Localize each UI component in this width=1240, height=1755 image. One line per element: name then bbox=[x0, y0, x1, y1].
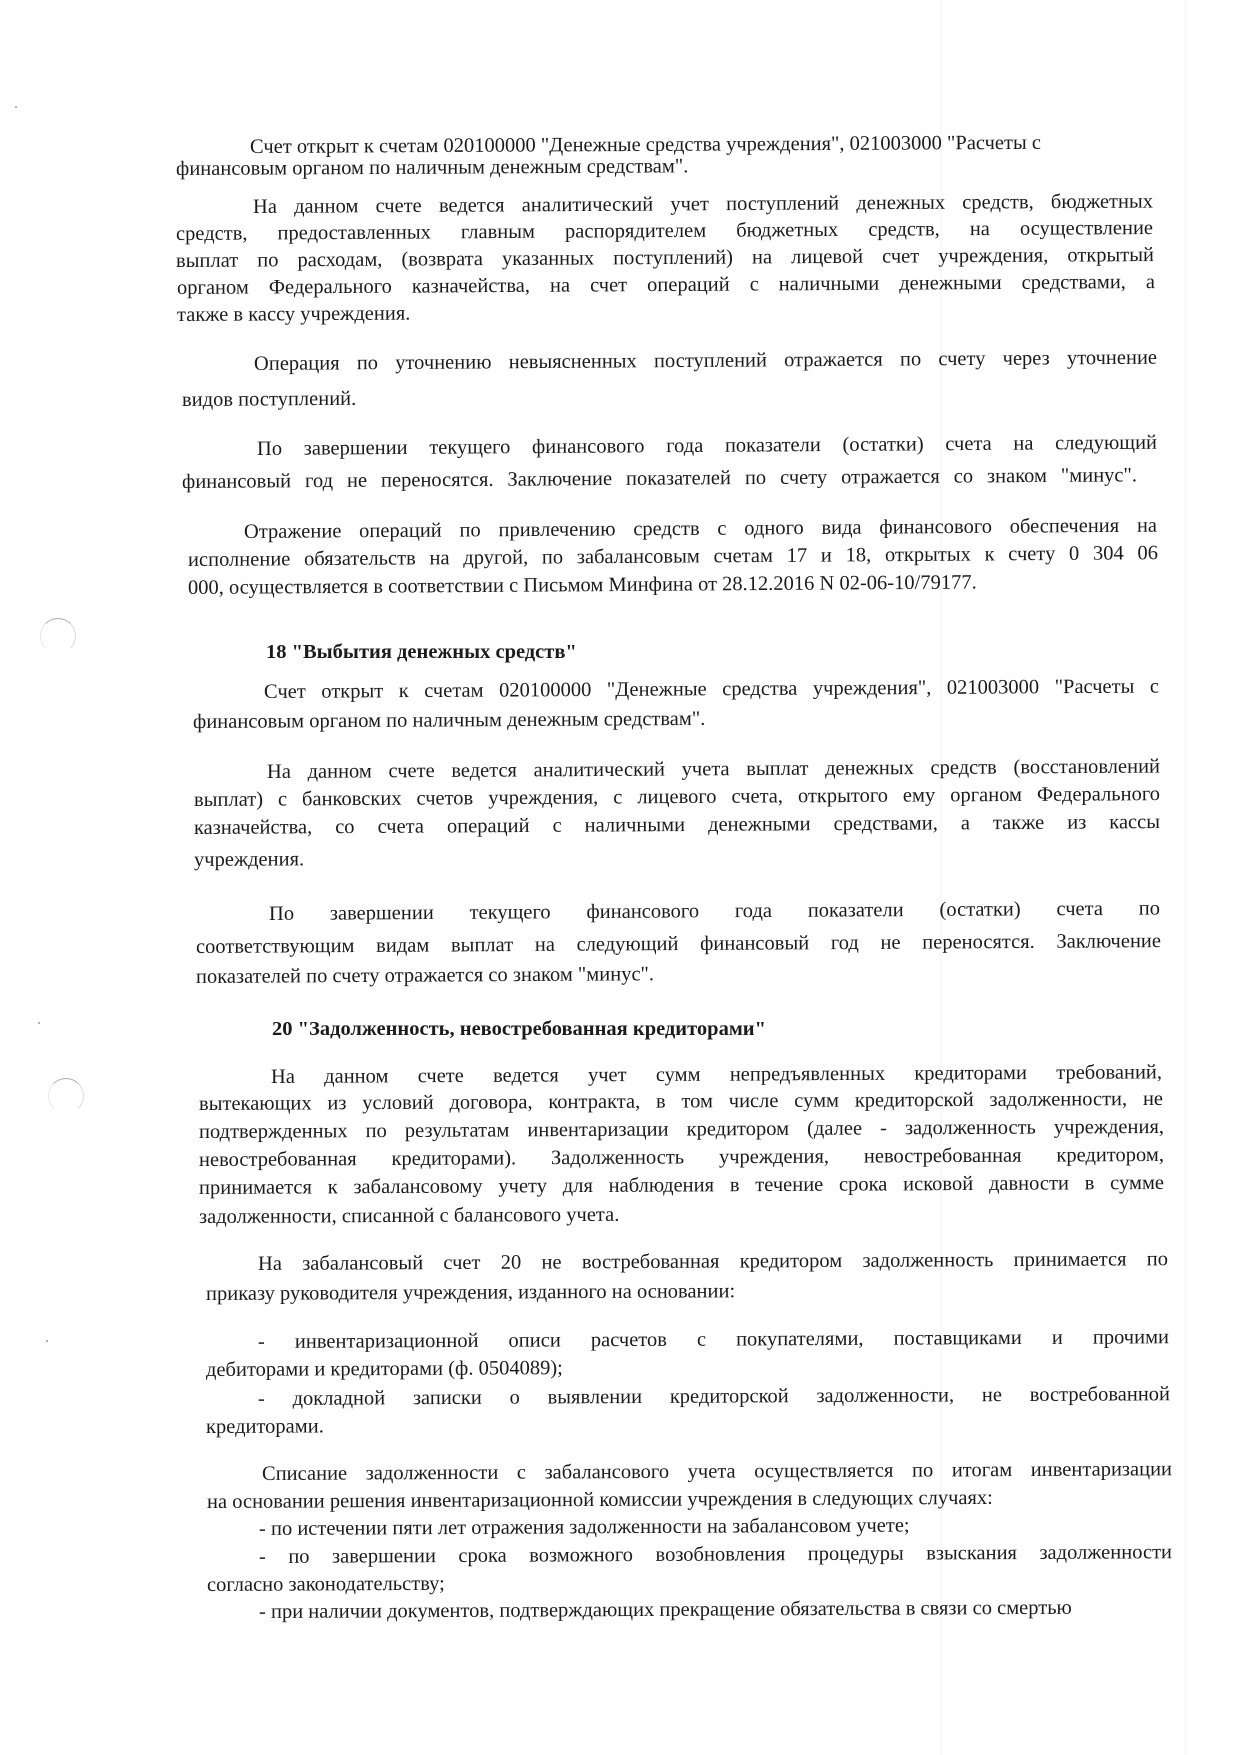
paragraph-line: На данном счете ведется учет сумм непред… bbox=[271, 1060, 1162, 1089]
paragraph-line: средств, предоставленных главным распоря… bbox=[176, 216, 1153, 246]
paragraph-line: подтвержденных по результатам инвентариз… bbox=[199, 1115, 1164, 1144]
paragraph-line: финансовым органом по наличным денежным … bbox=[193, 707, 705, 734]
scan-speck bbox=[38, 1022, 40, 1024]
paragraph-line: соответствующим видам выплат на следующи… bbox=[196, 929, 1161, 959]
paragraph-line: задолженности, списанной с балансового у… bbox=[199, 1203, 619, 1229]
paragraph-line: органом Федерального казначейства, на сч… bbox=[177, 270, 1155, 300]
paragraph-line: По завершении текущего финансового года … bbox=[257, 431, 1157, 461]
punch-hole-mark bbox=[40, 618, 76, 654]
paragraph-line: на основании решения инвентаризационной … bbox=[207, 1486, 993, 1514]
paragraph-line: выплат по расходам, (возврата указанных … bbox=[176, 243, 1154, 273]
paragraph-line: Операция по уточнению невыясненных посту… bbox=[254, 346, 1157, 376]
paragraph-line: Отражение операций по привлечению средст… bbox=[244, 514, 1157, 544]
paragraph-line: невостребованная кредиторами). Задолженн… bbox=[199, 1143, 1164, 1172]
paragraph-line: учреждения. bbox=[194, 847, 304, 872]
list-item-line: дебиторами и кредиторами (ф. 0504089); bbox=[206, 1356, 563, 1382]
list-item-line: - при наличии документов, подтверждающих… bbox=[259, 1596, 1072, 1624]
list-item-line: - инвентаризационной описи расчетов с по… bbox=[258, 1325, 1169, 1354]
paragraph-line: вытекающих из условий договора, контракт… bbox=[199, 1087, 1163, 1116]
paragraph-line: На данном счете ведется аналитический уч… bbox=[253, 190, 1153, 219]
punch-hole-mark bbox=[48, 1078, 84, 1114]
paragraph-line: принимается к забалансовому учету для на… bbox=[199, 1171, 1164, 1200]
scan-speck bbox=[46, 1340, 48, 1342]
section-heading-18: 18 "Выбытия денежных средств" bbox=[266, 640, 577, 664]
paragraph-line: выплат) с банковских счетов учреждения, … bbox=[194, 782, 1160, 812]
list-item-line: кредиторами. bbox=[206, 1414, 324, 1439]
list-item-line: - по завершении срока возможного возобно… bbox=[259, 1540, 1172, 1569]
paragraph-line: приказу руководителя учреждения, изданно… bbox=[206, 1279, 735, 1306]
paragraph-line: финансовый год не переносятся. Заключени… bbox=[182, 463, 1137, 494]
paragraph-line: По завершении текущего финансового года … bbox=[269, 897, 1160, 926]
paragraph-line: исполнение обязательств на другой, по за… bbox=[188, 541, 1158, 572]
paragraph-line: показателей по счету отражается со знако… bbox=[196, 962, 654, 989]
scan-speck bbox=[15, 106, 17, 108]
paragraph-line: видов поступлений. bbox=[182, 387, 356, 412]
section-heading-20: 20 "Задолженность, невостребованная кред… bbox=[272, 1017, 766, 1041]
scan-band bbox=[1183, 0, 1189, 1755]
list-item-line: - по истечении пяти лет отражения задолж… bbox=[259, 1514, 910, 1541]
paragraph-line: На забалансовый счет 20 не востребованна… bbox=[258, 1247, 1168, 1276]
paragraph-line: также в кассу учреждения. bbox=[177, 302, 410, 327]
list-item-line: согласно законодательству; bbox=[207, 1572, 445, 1597]
paragraph-line: На данном счете ведется аналитический уч… bbox=[267, 755, 1160, 784]
paragraph-line: Счет открыт к счетам 020100000 "Денежные… bbox=[264, 675, 1159, 704]
list-item-line: - докладной записки о выявлении кредитор… bbox=[258, 1382, 1170, 1411]
paragraph-line: финансовым органом по наличным денежным … bbox=[176, 154, 688, 181]
paragraph-line: Списание задолженности с забалансового у… bbox=[262, 1457, 1172, 1486]
paragraph-line: 000, осуществляется в соответствии с Пис… bbox=[188, 570, 977, 600]
paragraph-line: казначейства, со счета операций с наличн… bbox=[194, 810, 1160, 840]
